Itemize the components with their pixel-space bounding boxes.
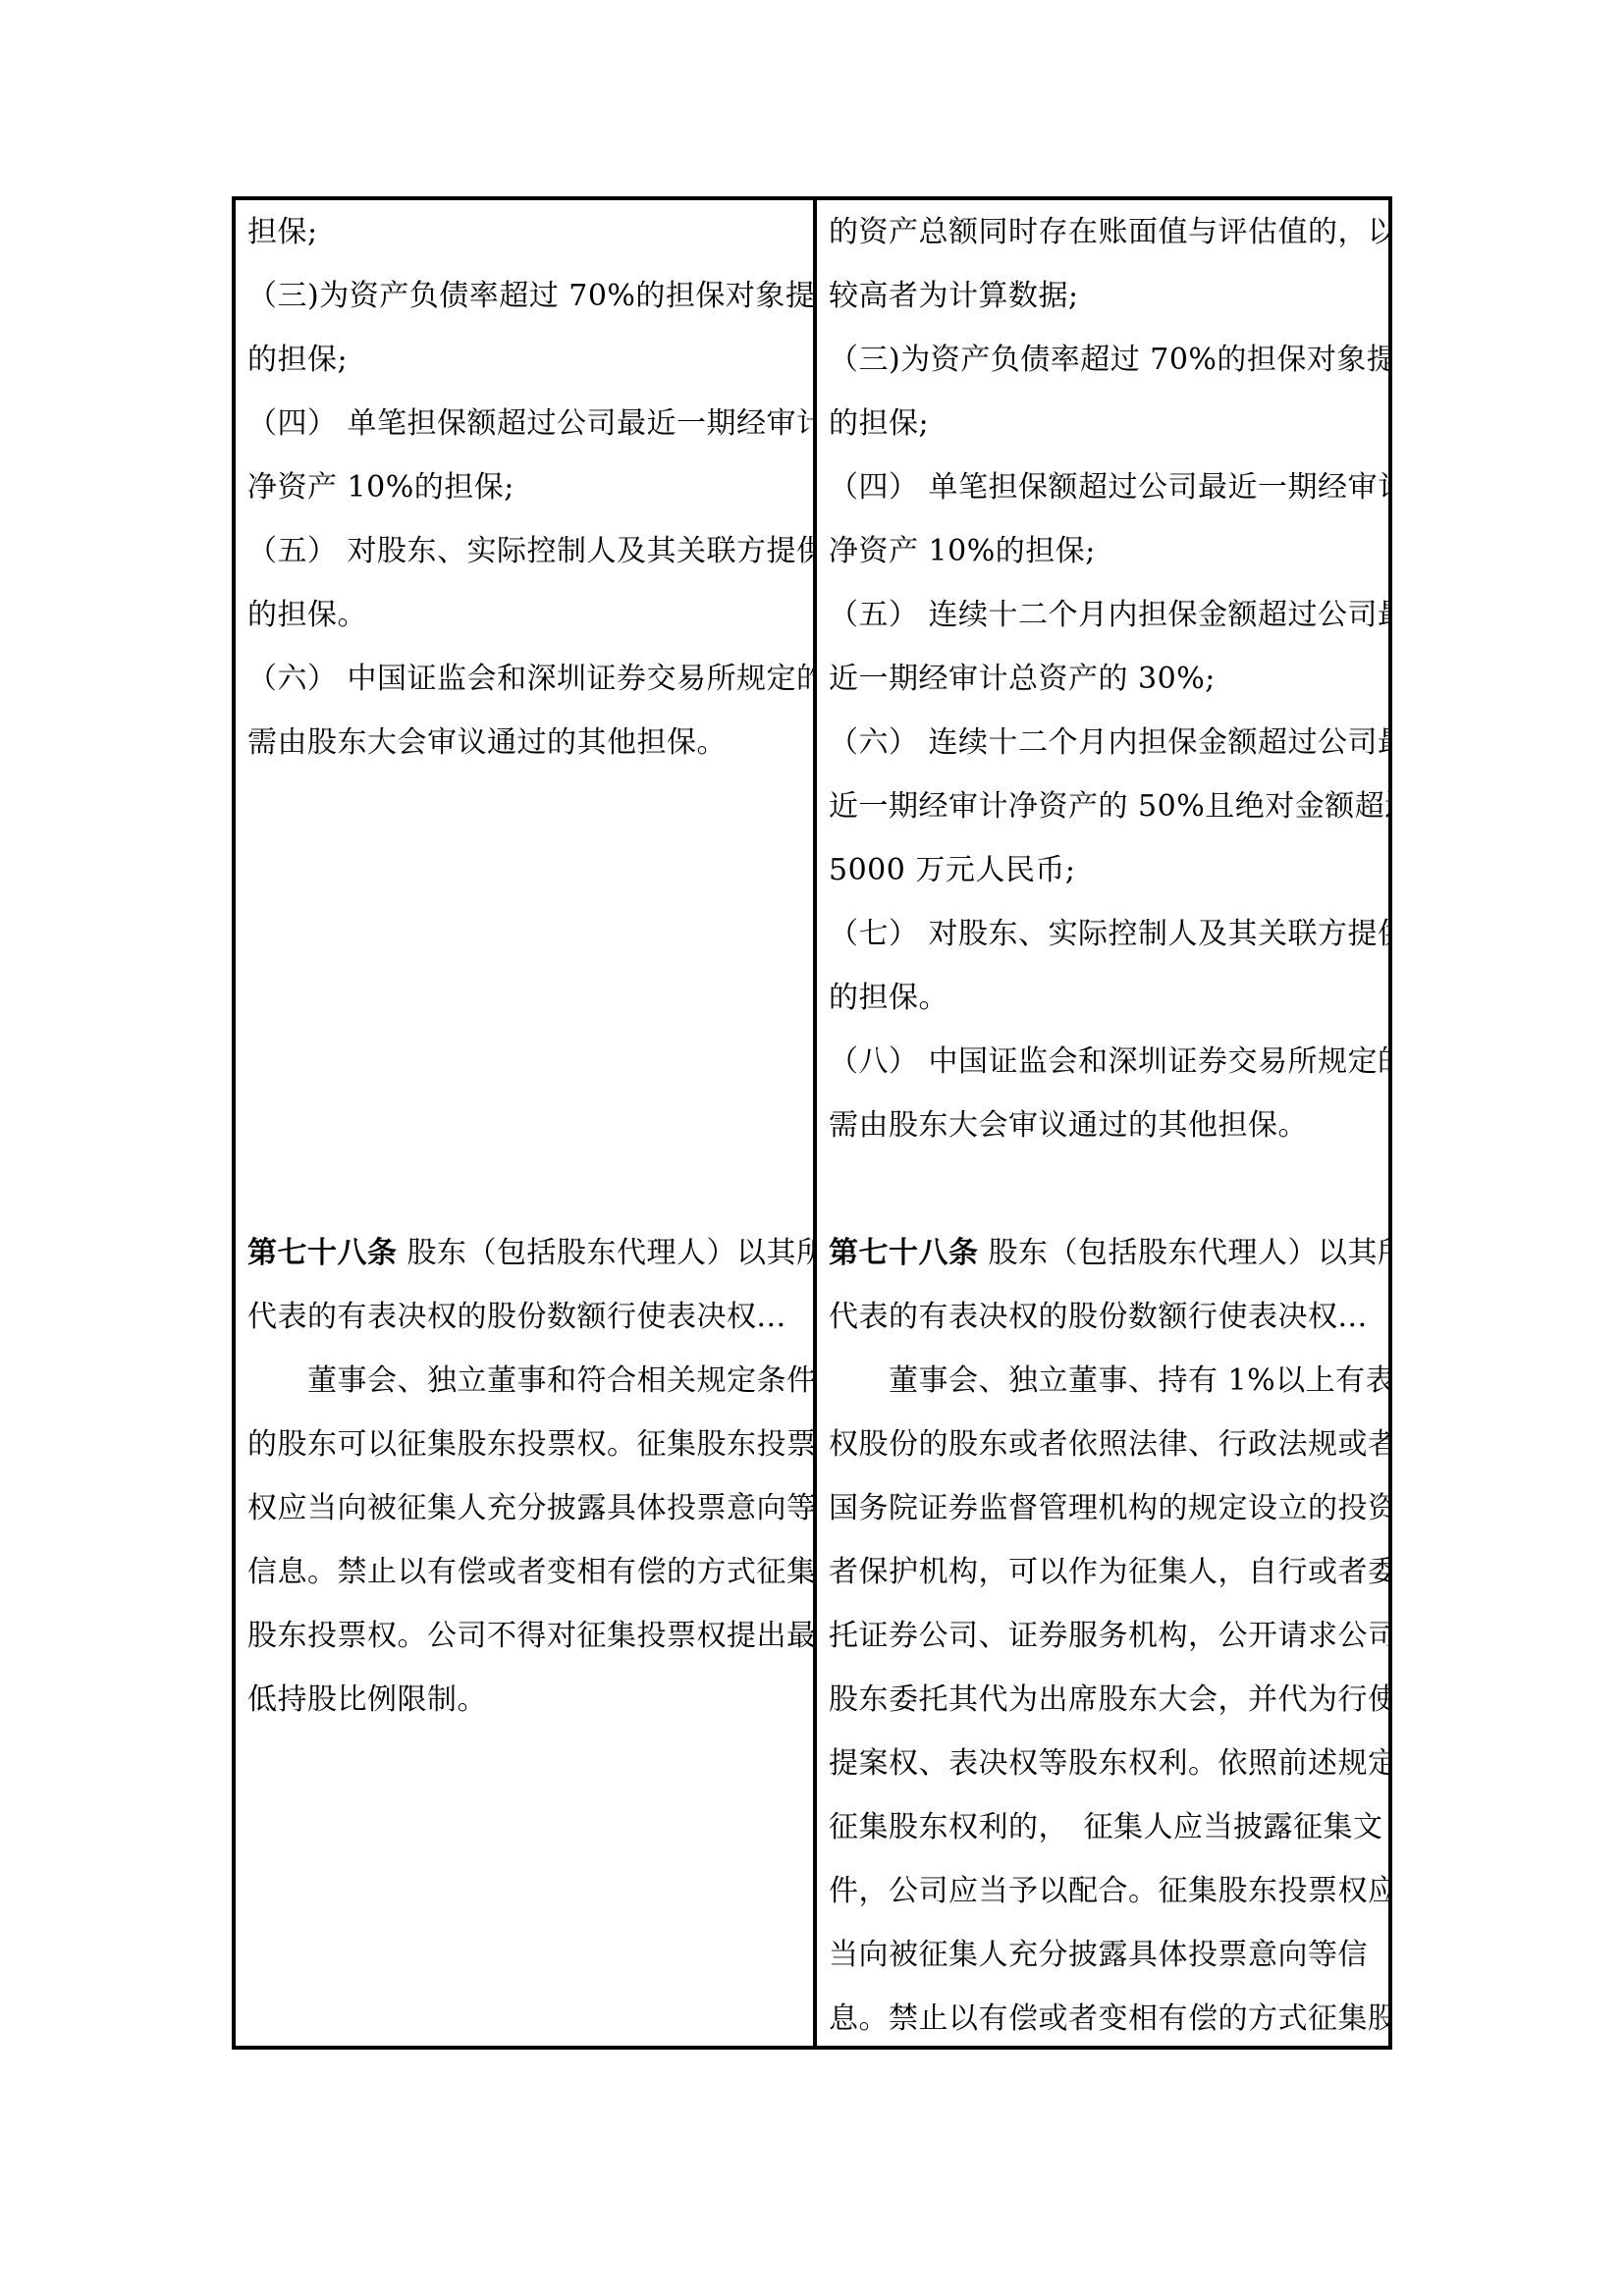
text-line: （三)为资产负债率超过 70%的担保对象提供 — [247, 264, 801, 328]
text-line: 的担保。 — [247, 583, 801, 647]
text-line: 担保; — [247, 200, 801, 264]
text-line: 代表的有表决权的股份数额行使表决权... — [829, 1285, 1377, 1349]
text-line: 第七十八条 股东（包括股东代理人）以其所 — [829, 1221, 1377, 1285]
text-line: （八） 中国证监会和深圳证券交易所规定的 — [829, 1030, 1377, 1094]
text-line: 净资产 10%的担保; — [247, 455, 801, 519]
blank-line — [247, 838, 801, 902]
text-line: 的担保; — [247, 328, 801, 392]
text-line: 需由股东大会审议通过的其他担保。 — [247, 711, 801, 774]
text-line: 净资产 10%的担保; — [829, 519, 1377, 583]
text-line: （五） 对股东、实际控制人及其关联方提供 — [247, 519, 801, 583]
blank-line — [247, 1157, 801, 1221]
text-line: 当向被征集人充分披露具体投票意向等信 — [829, 1923, 1377, 1987]
text-line: 低持股比例限制。 — [247, 1668, 801, 1732]
text-line: （四） 单笔担保额超过公司最近一期经审计 — [829, 455, 1377, 519]
text-line: （三)为资产负债率超过 70%的担保对象提供 — [829, 328, 1377, 392]
blank-line — [247, 966, 801, 1030]
text-line: 的资产总额同时存在账面值与评估值的，以 — [829, 200, 1377, 264]
blank-line — [247, 1094, 801, 1157]
blank-line — [247, 774, 801, 838]
text-line: 信息。禁止以有偿或者变相有偿的方式征集 — [247, 1540, 801, 1604]
blank-line — [247, 902, 801, 966]
text-line: 的股东可以征集股东投票权。征集股东投票 — [247, 1413, 801, 1476]
text-line: 近一期经审计净资产的 50%且绝对金额超过 — [829, 774, 1377, 838]
text-line: 5000 万元人民币; — [829, 838, 1377, 902]
table-cell-old-text: 担保;（三)为资产负债率超过 70%的担保对象提供的担保;（四） 单笔担保额超过… — [236, 200, 817, 2046]
blank-line — [247, 1030, 801, 1094]
text-line: （六） 中国证监会和深圳证券交易所规定的 — [247, 647, 801, 711]
text-line: 董事会、独立董事、持有 1%以上有表决 — [829, 1349, 1377, 1413]
article-number-bold: 第七十八条 — [247, 1236, 398, 1270]
text-line: （四） 单笔担保额超过公司最近一期经审计 — [247, 392, 801, 455]
blank-line — [829, 1157, 1377, 1221]
text-line: 的担保。 — [829, 966, 1377, 1030]
text-line: （六） 连续十二个月内担保金额超过公司最 — [829, 711, 1377, 774]
text-line: 近一期经审计总资产的 30%; — [829, 647, 1377, 711]
text-line: 第七十八条 股东（包括股东代理人）以其所 — [247, 1221, 801, 1285]
text-line: 托证券公司、证券服务机构，公开请求公司 — [829, 1604, 1377, 1668]
text-line: 提案权、表决权等股东权利。依照前述规定 — [829, 1732, 1377, 1795]
text-line: 的担保; — [829, 392, 1377, 455]
text-line: 件，公司应当予以配合。征集股东投票权应 — [829, 1859, 1377, 1923]
comparison-table: 担保;（三)为资产负债率超过 70%的担保对象提供的担保;（四） 单笔担保额超过… — [232, 196, 1392, 2050]
text-line: （五） 连续十二个月内担保金额超过公司最 — [829, 583, 1377, 647]
text-line: 股东投票权。公司不得对征集投票权提出最 — [247, 1604, 801, 1668]
text-line: 征集股东权利的， 征集人应当披露征集文 — [829, 1795, 1377, 1859]
article-number-bold: 第七十八条 — [829, 1236, 979, 1270]
text-line: 代表的有表决权的股份数额行使表决权... — [247, 1285, 801, 1349]
text-line: 国务院证券监督管理机构的规定设立的投资 — [829, 1476, 1377, 1540]
text-line: 权应当向被征集人充分披露具体投票意向等 — [247, 1476, 801, 1540]
text-line: （七） 对股东、实际控制人及其关联方提供 — [829, 902, 1377, 966]
text-line: 较高者为计算数据; — [829, 264, 1377, 328]
text-line: 权股份的股东或者依照法律、行政法规或者 — [829, 1413, 1377, 1476]
text-line: 董事会、独立董事和符合相关规定条件 — [247, 1349, 801, 1413]
table-cell-new-text: 的资产总额同时存在账面值与评估值的，以较高者为计算数据;（三)为资产负债率超过 … — [817, 200, 1388, 2046]
text-line: 息。禁止以有偿或者变相有偿的方式征集股 — [829, 1987, 1377, 2046]
text-line: 股东委托其代为出席股东大会，并代为行使 — [829, 1668, 1377, 1732]
text-line: 需由股东大会审议通过的其他担保。 — [829, 1094, 1377, 1157]
text-line: 者保护机构，可以作为征集人，自行或者委 — [829, 1540, 1377, 1604]
